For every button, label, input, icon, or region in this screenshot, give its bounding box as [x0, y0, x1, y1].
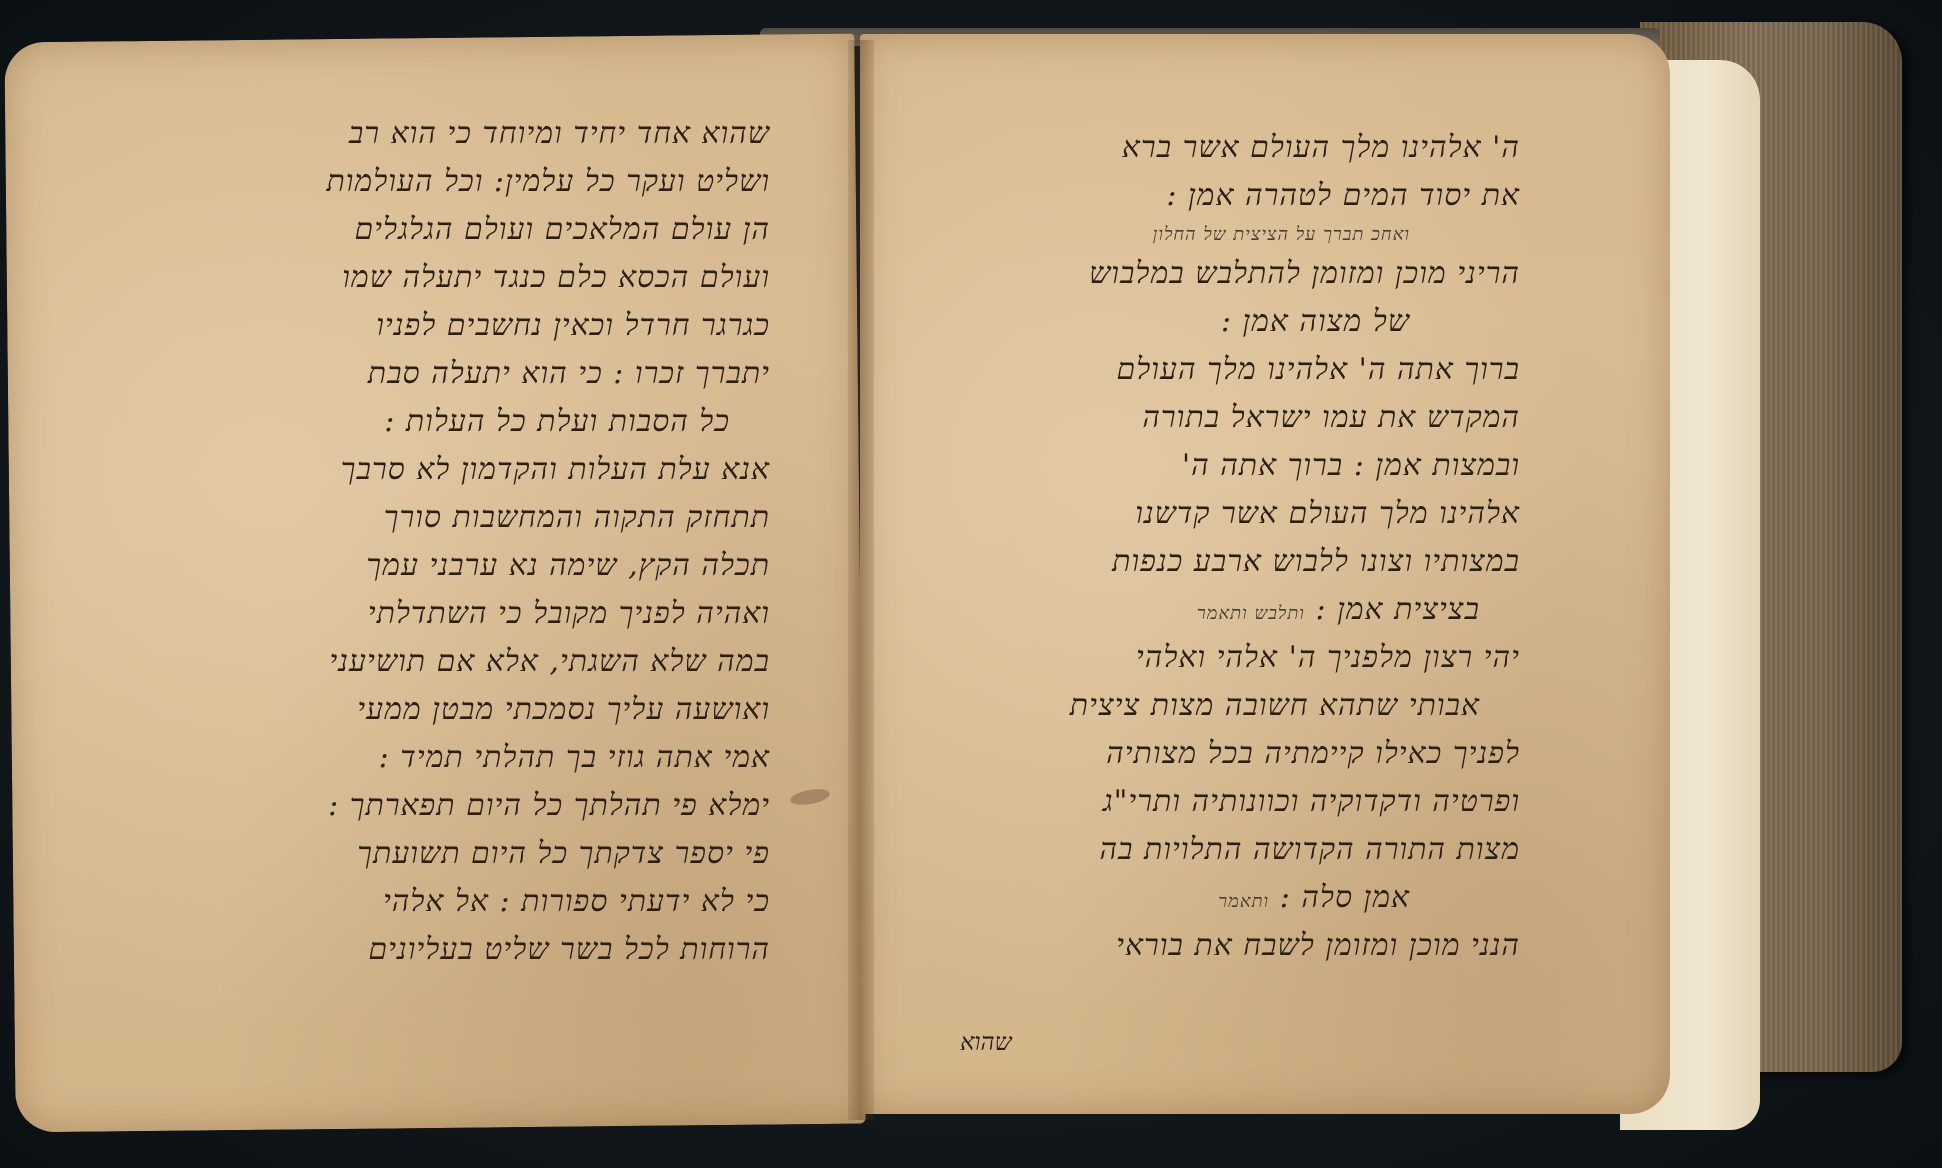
marginal-note: ואחכ תברך על הציצית של החלון — [900, 220, 1520, 250]
text-line: ימלא פי תהלתך כל היום תפארתך : — [150, 782, 770, 830]
text-line: לפניך כאילו קיימתיה בכל מצותיה — [900, 730, 1520, 778]
text-line: ברוך אתה ה' אלהינו מלך העולם — [900, 346, 1520, 394]
catchword: שהוא — [960, 1028, 1012, 1057]
gutter — [848, 40, 874, 1120]
text-line: המקדש את עמו ישראל בתורה — [900, 394, 1520, 442]
marginal-note: ותלבש ותאמר — [1197, 603, 1305, 624]
text-line: ובמצות אמן : ברוך אתה ה' — [900, 442, 1520, 490]
text-line: ואושעה עליך נסמכתי מבטן ממעי — [150, 686, 770, 734]
open-manuscript: שהוא אחד יחיד ומיוחד כי הוא רב ושליט ועק… — [0, 0, 1942, 1168]
text-line: ועולם הכסא כלם כנגד יתעלה שמו — [150, 254, 770, 302]
text-line: יהי רצון מלפניך ה' אלהי ואלהי — [900, 634, 1520, 682]
text-line: אנא עלת העלות והקדמון לא סרבך — [150, 446, 770, 494]
right-page-text: ה' אלהינו מלך העולם אשר ברא את יסוד המים… — [900, 124, 1520, 970]
text-line: הרוחות לכל בשר שליט בעליונים — [150, 926, 770, 974]
text-line: תתחזק התקוה והמחשבות סורך — [150, 494, 770, 542]
text-line: יתברך זכרו : כי הוא יתעלה סבת — [150, 350, 770, 398]
text-line: ה' אלהינו מלך העולם אשר ברא — [900, 124, 1520, 172]
text-line: של מצוה אמן : — [900, 298, 1520, 346]
text-line: את יסוד המים לטהרה אמן : — [900, 172, 1520, 220]
text-line: ושליט ועקר כל עלמין: וכל העולמות — [150, 158, 770, 206]
text-line: אמי אתה גוזי בך תהלתי תמיד : — [150, 734, 770, 782]
text-line: מצות התורה הקדושה התלויות בה — [900, 826, 1520, 874]
marginal-note: ותאמר — [1218, 891, 1269, 912]
text-line: אבותי שתהא חשובה מצות ציצית — [900, 682, 1520, 730]
text-line: כל הסבות ועלת כל העלות : — [150, 398, 770, 446]
text-line: תכלה הקץ, שימה נא ערבני עמך — [150, 542, 770, 590]
text-span: אמן סלה : — [1280, 880, 1410, 915]
left-page-text: שהוא אחד יחיד ומיוחד כי הוא רב ושליט ועק… — [150, 110, 770, 974]
text-line: הן עולם המלאכים ועולם הגלגלים — [150, 206, 770, 254]
text-line: במצותיו וצונו ללבוש ארבע כנפות — [900, 538, 1520, 586]
text-line: אלהינו מלך העולם אשר קדשנו — [900, 490, 1520, 538]
text-line: הנני מוכן ומזומן לשבח את בוראי — [900, 922, 1520, 970]
text-line: כגרגר חרדל וכאין נחשבים לפניו — [150, 302, 770, 350]
text-line: כי לא ידעתי ספורות : אל אלהי — [150, 878, 770, 926]
text-line: במה שלא השגתי, אלא אם תושיעני — [150, 638, 770, 686]
text-line: ופרטיה ודקדוקיה וכוונותיה ותרי"ג — [900, 778, 1520, 826]
text-line: אמן סלה : ותאמר — [900, 874, 1520, 922]
text-line: הריני מוכן ומזומן להתלבש במלבוש — [900, 250, 1520, 298]
text-line: שהוא אחד יחיד ומיוחד כי הוא רב — [150, 110, 770, 158]
text-line: בציצית אמן : ותלבש ותאמר — [900, 586, 1520, 634]
text-line: פי יספר צדקתך כל היום תשועתך — [150, 830, 770, 878]
text-line: ואהיה לפניך מקובל כי השתדלתי — [150, 590, 770, 638]
text-span: בציצית אמן : — [1315, 592, 1480, 627]
